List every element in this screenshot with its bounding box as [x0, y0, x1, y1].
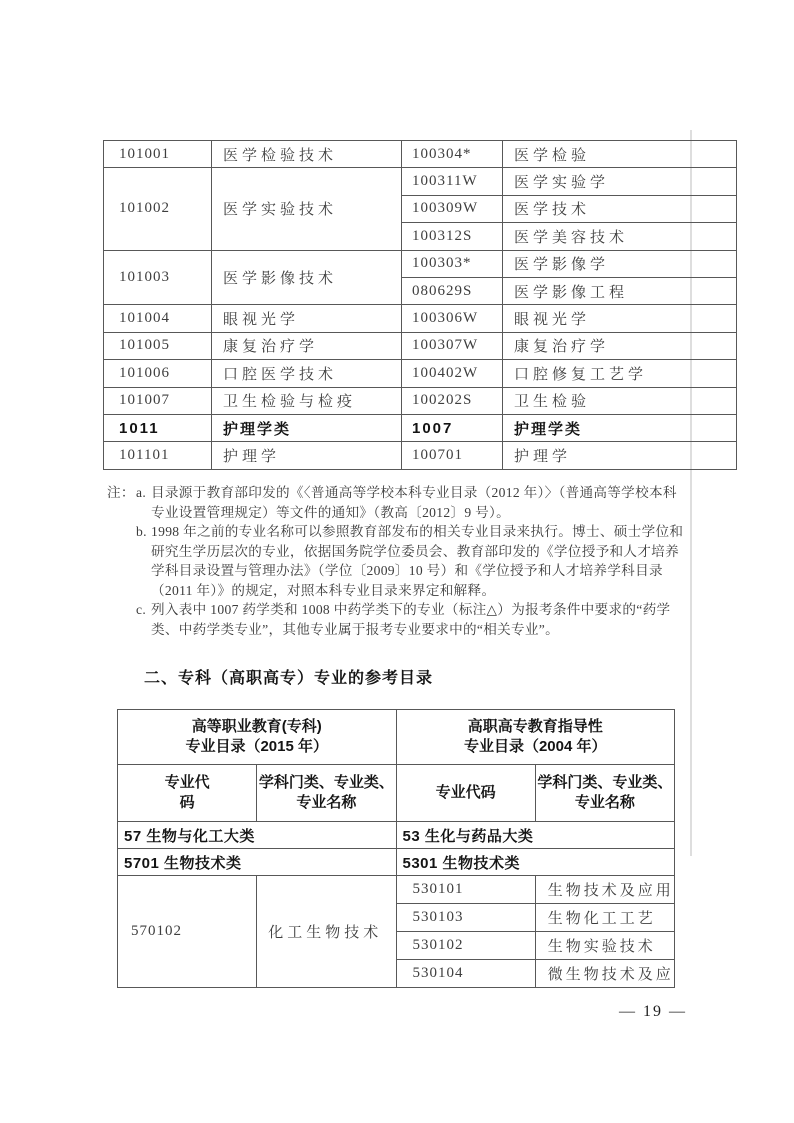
ref-name-cell: 微生物技术及应用 — [535, 960, 674, 988]
major-code-cell: 570102 — [118, 876, 257, 988]
ref-name-cell: 口腔修复工艺学 — [503, 360, 737, 387]
left-catalog-title-line1: 高等职业教育(专科) — [118, 717, 396, 737]
ref-name-cell: 眼视光学 — [503, 305, 737, 332]
page-number: — 19 — — [603, 1003, 703, 1021]
notes-block: 注： a. 目录源于教育部印发的《〈普通高等学校本科专业目录（2012 年）〉（… — [107, 483, 689, 639]
major-code-cell: 101007 — [104, 387, 212, 414]
major-name-cell: 卫生检验与检疫 — [212, 387, 402, 414]
left-name-header-line1: 学科门类、专业类、 — [257, 773, 395, 793]
note-text: 1998 年之前的专业名称可以参照教育部发布的相关专业目录来执行。博士、硕士学位… — [151, 524, 683, 598]
note-marker: b. — [136, 522, 147, 542]
category-row: 57 生物与化工大类 53 生化与药品大类 — [118, 822, 675, 849]
undergraduate-catalog-table: 101001 医学检验技术 100304* 医学检验 101002 医学实验技术… — [103, 140, 737, 470]
major-code-cell: 101001 — [104, 141, 212, 168]
major-code-cell: 101002 — [104, 168, 212, 250]
major-name-cell: 医学影像技术 — [212, 250, 402, 305]
note-item-a: 注： a. 目录源于教育部印发的《〈普通高等学校本科专业目录（2012 年）〉（… — [107, 483, 689, 522]
major-code-cell: 101006 — [104, 360, 212, 387]
major-name-cell: 口腔医学技术 — [212, 360, 402, 387]
ref-name-cell: 生物实验技术 — [535, 932, 674, 960]
note-label: 注： — [107, 483, 135, 503]
ref-code-cell: 100303* — [402, 250, 503, 277]
major-code-cell: 1011 — [104, 414, 212, 441]
ref-name-cell: 卫生检验 — [503, 387, 737, 414]
note-marker: c. — [136, 600, 146, 620]
table-row: 101007 卫生检验与检疫 100202S 卫生检验 — [104, 387, 737, 414]
left-catalog-title: 高等职业教育(专科) 专业目录（2015 年） — [118, 710, 397, 765]
major-name-cell: 康复治疗学 — [212, 332, 402, 359]
left-catalog-title-line2: 专业目录（2015 年） — [118, 737, 396, 757]
category-row: 1011 护理学类 1007 护理学类 — [104, 414, 737, 441]
right-code-header: 专业代码 — [396, 765, 535, 822]
ref-name-cell: 生物化工工艺 — [535, 904, 674, 932]
ref-code-cell: 100202S — [402, 387, 503, 414]
ref-code-cell: 100311W — [402, 168, 503, 195]
major-code-cell: 101004 — [104, 305, 212, 332]
major-name-cell: 医学检验技术 — [212, 141, 402, 168]
table-row: 101004 眼视光学 100306W 眼视光学 — [104, 305, 737, 332]
right-catalog-title-line1: 高职高专教育指导性 — [397, 717, 675, 737]
ref-code-cell: 100306W — [402, 305, 503, 332]
note-text: 列入表中 1007 药学类和 1008 中药学类下的专业（标注△）为报考条件中要… — [151, 602, 670, 637]
ref-code-cell: 100701 — [402, 442, 503, 469]
document-page: 101001 医学检验技术 100304* 医学检验 101002 医学实验技术… — [0, 0, 794, 1123]
right-catalog-title-line2: 专业目录（2004 年） — [397, 737, 675, 757]
table-row: 101005 康复治疗学 100307W 康复治疗学 — [104, 332, 737, 359]
major-code-cell: 101005 — [104, 332, 212, 359]
major-code-cell: 101003 — [104, 250, 212, 305]
ref-name-cell: 医学技术 — [503, 195, 737, 222]
ref-name-cell: 医学影像学 — [503, 250, 737, 277]
note-item-c: c. 列入表中 1007 药学类和 1008 中药学类下的专业（标注△）为报考条… — [107, 600, 689, 639]
major-code-cell: 101101 — [104, 442, 212, 469]
table-row: 101101 护理学 100701 护理学 — [104, 442, 737, 469]
table-title-row: 高等职业教育(专科) 专业目录（2015 年） 高职高专教育指导性 专业目录（2… — [118, 710, 675, 765]
ref-code-cell: 1007 — [402, 414, 503, 441]
right-name-header-line2: 专业名称 — [536, 793, 674, 813]
ref-code-cell: 080629S — [402, 277, 503, 304]
vocational-catalog-table: 高等职业教育(专科) 专业目录（2015 年） 高职高专教育指导性 专业目录（2… — [117, 709, 675, 988]
ref-name-cell: 医学美容技术 — [503, 223, 737, 250]
note-text: 目录源于教育部印发的《〈普通高等学校本科专业目录（2012 年）〉（普通高等学校… — [151, 485, 677, 520]
left-category-cell: 57 生物与化工大类 — [118, 822, 397, 849]
right-name-header-line1: 学科门类、专业类、 — [536, 773, 674, 793]
right-category-cell: 5301 生物技术类 — [396, 849, 675, 876]
section-heading: 二、专科（高职高专）专业的参考目录 — [144, 665, 433, 688]
ref-code-cell: 100309W — [402, 195, 503, 222]
ref-name-cell: 护理学类 — [503, 414, 737, 441]
ref-name-cell: 医学检验 — [503, 141, 737, 168]
ref-code-cell: 530103 — [396, 904, 535, 932]
left-name-header-line2: 专业名称 — [257, 793, 395, 813]
major-name-cell: 护理学类 — [212, 414, 402, 441]
major-name-cell: 眼视光学 — [212, 305, 402, 332]
note-marker: a. — [136, 483, 146, 503]
category-row: 5701 生物技术类 5301 生物技术类 — [118, 849, 675, 876]
table-row: 101003 医学影像技术 100303* 医学影像学 — [104, 250, 737, 277]
left-code-header-text: 专业代码 — [162, 773, 212, 813]
left-name-header: 学科门类、专业类、 专业名称 — [257, 765, 396, 822]
ref-code-cell: 100312S — [402, 223, 503, 250]
table-row: 101002 医学实验技术 100311W 医学实验学 — [104, 168, 737, 195]
major-name-cell: 护理学 — [212, 442, 402, 469]
table-row: 101006 口腔医学技术 100402W 口腔修复工艺学 — [104, 360, 737, 387]
ref-code-cell: 100304* — [402, 141, 503, 168]
ref-name-cell: 生物技术及应用 — [535, 876, 674, 904]
table-subheader-row: 专业代码 学科门类、专业类、 专业名称 专业代码 学科门类、专业类、 专业名称 — [118, 765, 675, 822]
left-category-cell: 5701 生物技术类 — [118, 849, 397, 876]
ref-code-cell: 530101 — [396, 876, 535, 904]
table-row: 570102 化工生物技术 530101 生物技术及应用 — [118, 876, 675, 904]
left-code-header: 专业代码 — [118, 765, 257, 822]
ref-code-cell: 100402W — [402, 360, 503, 387]
note-item-b: b. 1998 年之前的专业名称可以参照教育部发布的相关专业目录来执行。博士、硕… — [107, 522, 689, 600]
table-row: 101001 医学检验技术 100304* 医学检验 — [104, 141, 737, 168]
right-category-cell: 53 生化与药品大类 — [396, 822, 675, 849]
right-catalog-title: 高职高专教育指导性 专业目录（2004 年） — [396, 710, 675, 765]
right-name-header: 学科门类、专业类、 专业名称 — [535, 765, 674, 822]
ref-code-cell: 530104 — [396, 960, 535, 988]
major-name-cell: 化工生物技术 — [257, 876, 396, 988]
ref-code-cell: 530102 — [396, 932, 535, 960]
ref-name-cell: 医学影像工程 — [503, 277, 737, 304]
ref-name-cell: 医学实验学 — [503, 168, 737, 195]
ref-name-cell: 护理学 — [503, 442, 737, 469]
ref-name-cell: 康复治疗学 — [503, 332, 737, 359]
ref-code-cell: 100307W — [402, 332, 503, 359]
major-name-cell: 医学实验技术 — [212, 168, 402, 250]
